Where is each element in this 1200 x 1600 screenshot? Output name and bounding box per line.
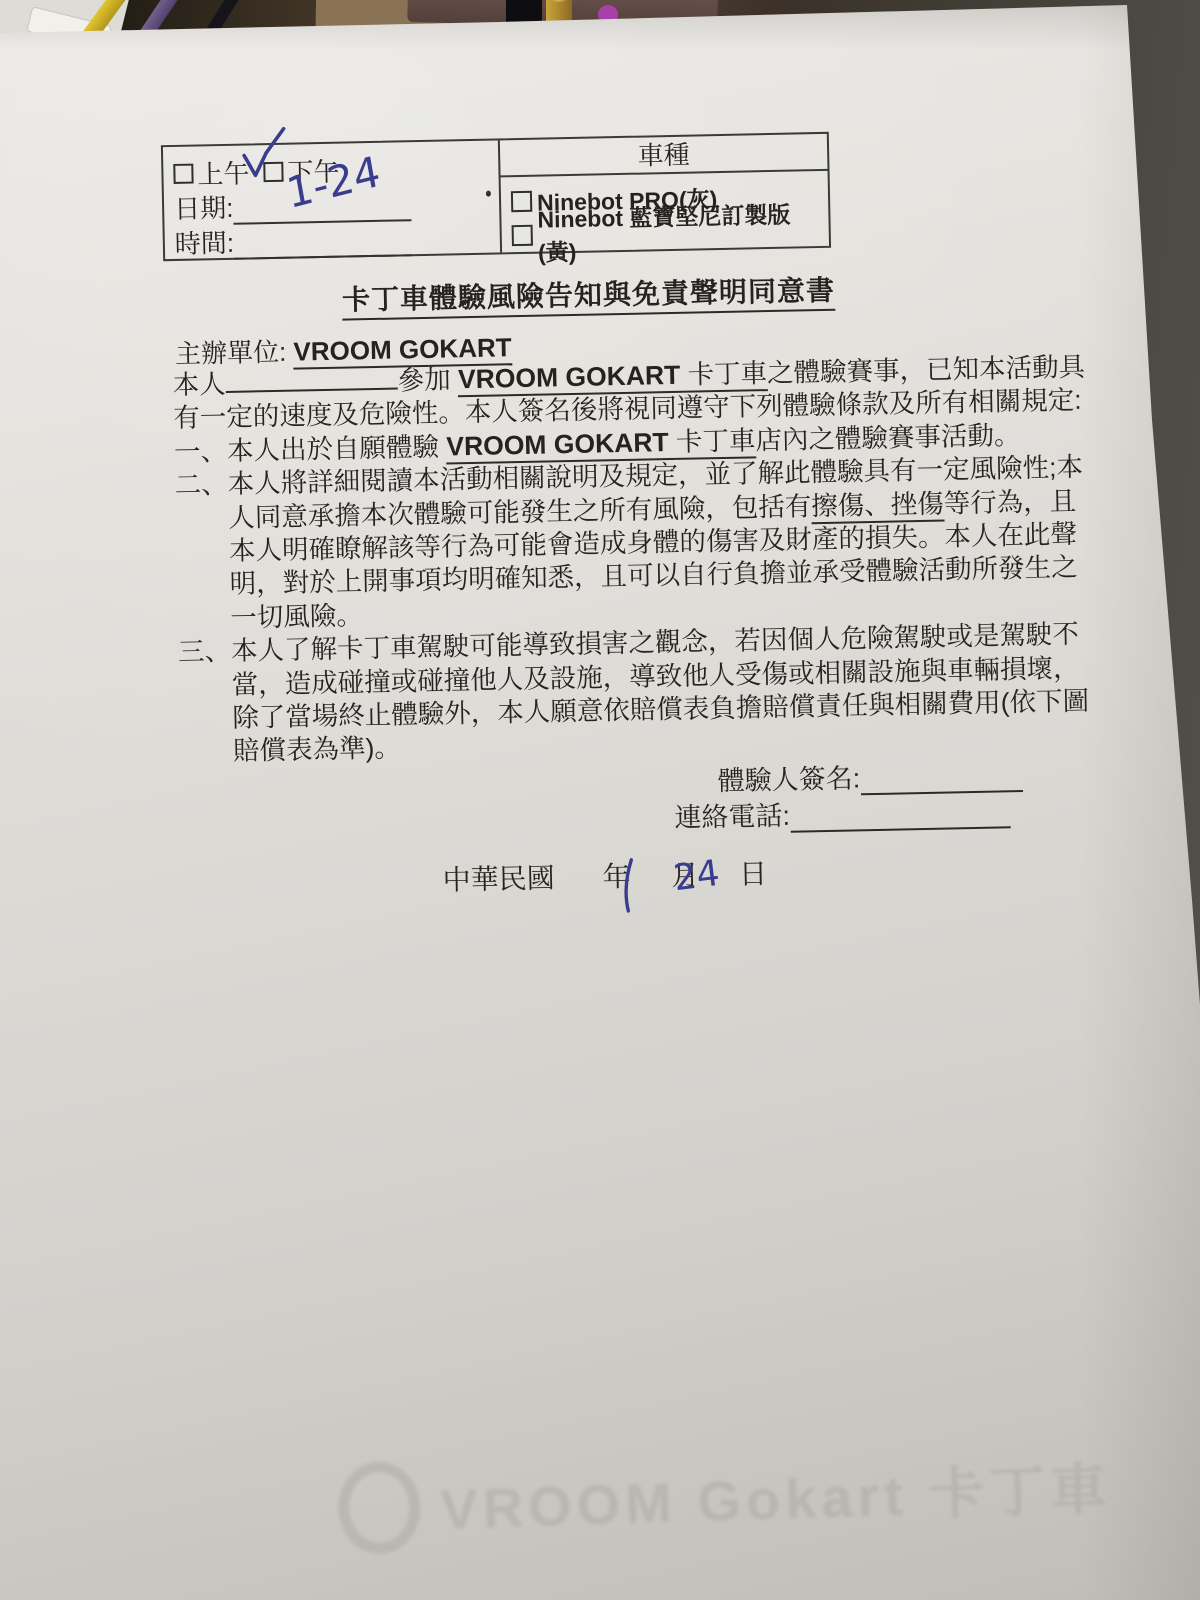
time-blank-line [234, 230, 412, 260]
checkbox-morning [173, 163, 193, 183]
inline-blank-line [225, 364, 397, 393]
vroom-logo-ring-icon [337, 1460, 422, 1554]
stray-ink-dot [486, 191, 491, 197]
vehicle-options: Ninebot PRO(灰)Ninebot 藍寶堅尼訂製版(黃) [511, 178, 829, 252]
watermark-text: VROOM Gokart 卡丁車 [439, 1445, 1112, 1545]
phone-blank-line [790, 802, 1010, 832]
paper-sheet: 上午 下午 日期: 時間: 車種 Ni [0, 0, 1200, 1600]
agreement-body: 本人參加 VROOM GOKART 卡丁車之體驗賽事，已知本活動具有一定的速度及… [172, 346, 1030, 764]
handwritten-day: 24 [671, 853, 722, 899]
vroom-watermark: VROOM Gokart 卡丁車 [337, 1439, 1113, 1555]
handwritten-month-stroke [617, 857, 640, 915]
vehicle-option: Ninebot 藍寶堅尼訂製版(黃) [511, 212, 829, 252]
photographed-consent-form: AC 上午 下午 [0, 0, 1200, 1600]
phone-row: 連絡電話: [674, 789, 1010, 835]
phone-label: 連絡電話: [674, 794, 790, 835]
date-label: 日期: [174, 188, 234, 226]
day-suffix: 日 [739, 858, 768, 890]
form-content: 上午 下午 日期: 時間: 車種 Ni [0, 0, 1200, 1600]
text-segment: 賠償表為準)。 [233, 733, 401, 766]
vehicle-header: 車種 [500, 134, 828, 178]
checkbox-vehicle-1 [512, 224, 533, 245]
page-title: 卡丁車體驗風險告知與免責聲明同意書 [166, 265, 1012, 322]
time-label: 時間: [174, 223, 234, 261]
vehicle-option-label: Ninebot 藍寶堅尼訂製版(黃) [537, 196, 829, 268]
era-label: 中華民國 [442, 862, 555, 895]
time-row: 時間: [174, 219, 412, 261]
checkbox-vehicle-0 [511, 190, 532, 211]
vehicle-cell: 車種 Ninebot PRO(灰)Ninebot 藍寶堅尼訂製版(黃) [500, 134, 829, 253]
